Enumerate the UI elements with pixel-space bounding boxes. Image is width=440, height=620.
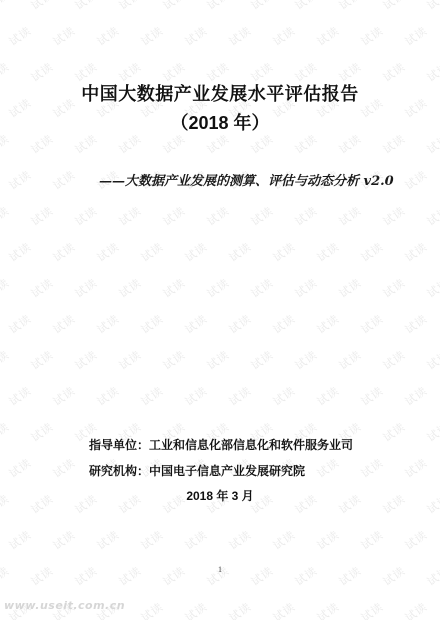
guide-unit-line: 指导单位：工业和信息化部信息化和软件服务业司: [89, 432, 353, 458]
report-title: 中国大数据产业发展水平评估报告: [0, 80, 440, 106]
cover-content: 中国大数据产业发展水平评估报告 （2018 年） ——大数据产业发展的测算、评估…: [0, 0, 440, 620]
report-subtitle: ——大数据产业发展的测算、评估与动态分析 v2.0: [99, 170, 394, 189]
report-year: （2018 年）: [0, 109, 440, 135]
org-block: 指导单位：工业和信息化部信息化和软件服务业司 研究机构：中国电子信息产业发展研究…: [89, 432, 353, 484]
site-watermark: www.useit.com.cn: [4, 599, 125, 612]
publish-date: 2018 年 3 月: [0, 487, 440, 504]
research-org-line: 研究机构：中国电子信息产业发展研究院: [89, 458, 353, 484]
document-page: 试读试读试读试读试读试读试读试读试读试读试读试读试读试读试读试读试读试读试读试读…: [0, 0, 440, 620]
page-number: 1: [0, 565, 440, 574]
